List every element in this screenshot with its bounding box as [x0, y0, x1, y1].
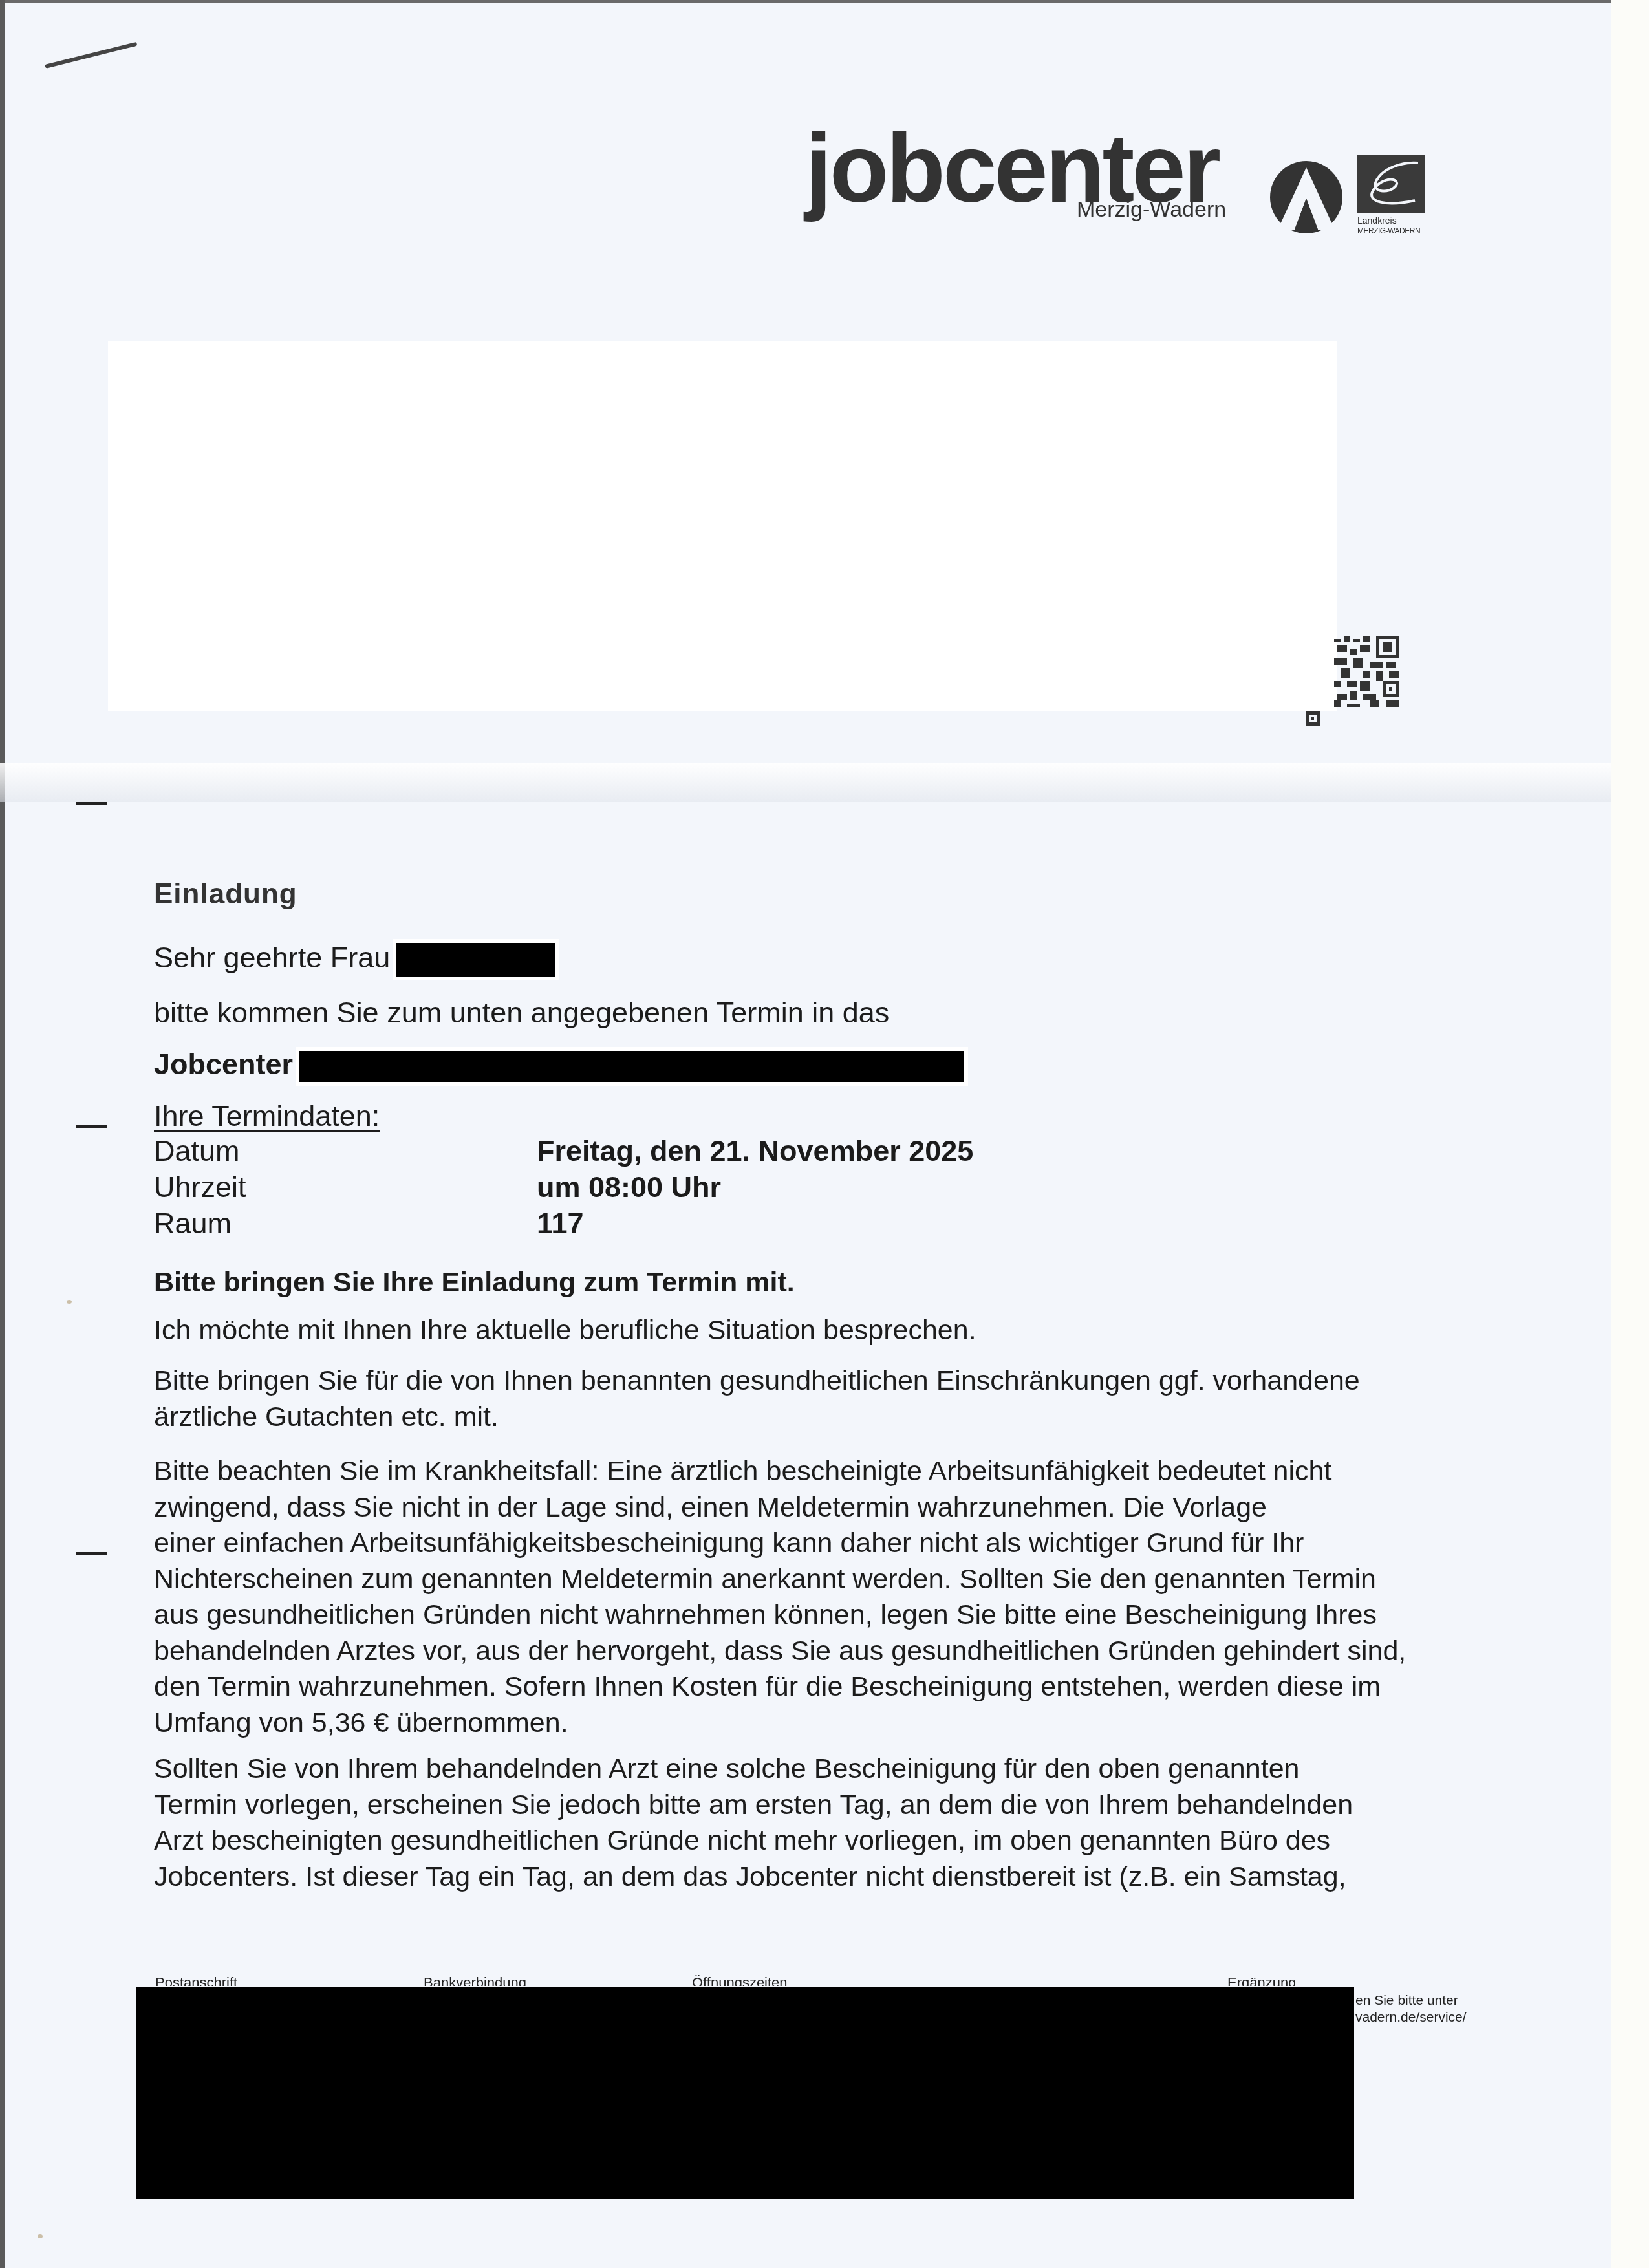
paragraph-line: Ich möchte mit Ihnen Ihre aktuelle beruf…	[154, 1313, 1531, 1349]
appointment-room-value: 117	[537, 1205, 584, 1242]
footer-header-bank: Bankverbindung	[424, 1974, 526, 1986]
logo-subtitle: Merzig-Wadern	[1077, 197, 1226, 222]
landkreis-emblem-icon	[1357, 155, 1425, 213]
scan-margin-right	[1611, 0, 1649, 2268]
paragraph-line: Bitte bringen Sie für die von Ihnen bena…	[154, 1363, 1531, 1399]
appointment-time-label: Uhrzeit	[154, 1169, 246, 1205]
paragraph-line: behandelnden Arztes vor, aus der hervorg…	[154, 1634, 1531, 1670]
office-label: Jobcenter	[154, 1048, 293, 1081]
scan-edge-top	[0, 0, 1649, 3]
qr-finder-pattern-icon	[1306, 711, 1320, 726]
landkreis-label: Landkreis	[1357, 215, 1397, 226]
salutation: Sehr geehrte Frau	[154, 941, 390, 974]
appointment-date-label: Datum	[154, 1133, 240, 1169]
intro-text: bitte kommen Sie zum unten angegebenen T…	[154, 995, 889, 1031]
footer-header-postal-address: Postanschrift	[155, 1974, 237, 1986]
paragraph-line: Arzt bescheinigten gesundheitlichen Grün…	[154, 1823, 1531, 1859]
footer-header-supplement: Ergänzung	[1227, 1974, 1296, 1986]
paragraph-medical-documents: Bitte bringen Sie für die von Ihnen bena…	[154, 1363, 1531, 1435]
qr-code-icon	[1333, 636, 1399, 707]
appointment-date-value: Freitag, den 21. November 2025	[537, 1133, 973, 1169]
fold-crease	[0, 763, 1611, 802]
paragraph-purpose: Ich möchte mit Ihnen Ihre aktuelle beruf…	[154, 1313, 1531, 1349]
paragraph-line: zwingend, dass Sie nicht in der Lage sin…	[154, 1490, 1531, 1526]
footer-header-opening-hours: Öffnungszeiten	[692, 1974, 788, 1986]
redacted-address-block	[108, 341, 1337, 711]
paper-speck	[38, 2234, 43, 2238]
paragraph-line: aus gesundheitlichen Gründen nicht wahrn…	[154, 1597, 1531, 1634]
paragraph-line: ärztliche Gutachten etc. mit.	[154, 1399, 1531, 1436]
fold-mark	[76, 1125, 107, 1128]
bring-invitation-notice: Bitte bringen Sie Ihre Einladung zum Ter…	[154, 1264, 795, 1301]
salutation-line: Sehr geehrte Frau	[154, 939, 559, 980]
paragraph-sickness-notice: Bitte beachten Sie im Krankheitsfall: Ei…	[154, 1454, 1531, 1741]
paragraph-certificate-instructions: Sollten Sie von Ihrem behandelnden Arzt …	[154, 1751, 1531, 1895]
paper-speck	[67, 1300, 72, 1304]
appointment-room-label: Raum	[154, 1205, 232, 1242]
office-line: Jobcenter	[154, 1046, 968, 1086]
footer-supplement-line-1: en Sie bitte unter	[1355, 1993, 1458, 2009]
landkreis-logo: Landkreis MERZIG-WADERN	[1355, 155, 1436, 226]
footer-supplement-line-2: vadern.de/service/	[1355, 2010, 1467, 2025]
paragraph-line: Bitte beachten Sie im Krankheitsfall: Ei…	[154, 1454, 1531, 1490]
pen-mark	[45, 42, 137, 69]
paragraph-line: den Termin wahrzunehmen. Sofern Ihnen Ko…	[154, 1669, 1531, 1705]
paragraph-line: Nichterscheinen zum genannten Meldetermi…	[154, 1562, 1531, 1598]
scan-edge-left	[0, 0, 5, 2268]
landkreis-name: MERZIG-WADERN	[1357, 226, 1420, 235]
paragraph-line: Termin vorlegen, erscheinen Sie jedoch b…	[154, 1787, 1531, 1824]
paragraph-line: Jobcenters. Ist dieser Tag ein Tag, an d…	[154, 1859, 1531, 1895]
redacted-footer-block	[136, 1987, 1354, 2199]
appointment-time-value: um 08:00 Uhr	[537, 1169, 721, 1205]
redacted-office-address	[296, 1047, 968, 1086]
paragraph-line: einer einfachen Arbeitsunfähigkeitsbesch…	[154, 1526, 1531, 1562]
fold-mark	[76, 802, 107, 805]
letterhead-logo: jobcenter Merzig-Wadern Landkreis MERZIG…	[805, 120, 1458, 230]
arbeitsagentur-a-icon	[1267, 158, 1345, 236]
paragraph-line: Umfang von 5,36 € übernommen.	[154, 1705, 1531, 1742]
paragraph-line: Sollten Sie von Ihrem behandelnden Arzt …	[154, 1751, 1531, 1787]
appointment-heading: Ihre Termindaten:	[154, 1098, 380, 1134]
redacted-name	[393, 939, 559, 980]
fold-mark	[76, 1552, 107, 1555]
letter-heading: Einladung	[154, 876, 297, 913]
